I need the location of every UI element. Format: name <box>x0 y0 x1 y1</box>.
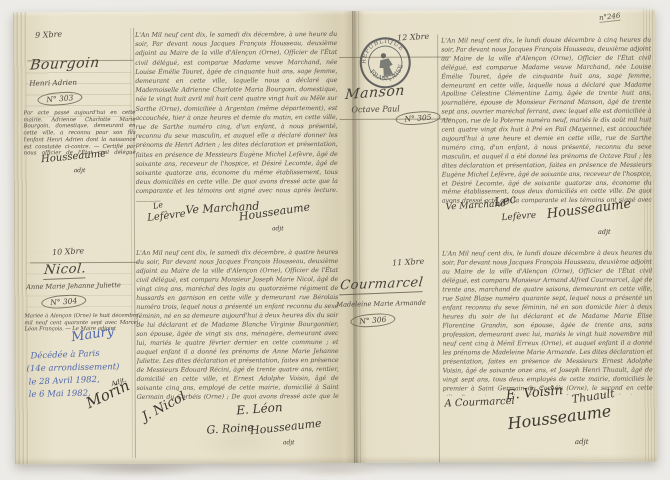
record-304-death-note-line4: le 6 Mai 1982. <box>29 389 91 400</box>
record-303-signature-title: adjt <box>272 225 284 232</box>
record-303-act-number: N° 303 <box>37 91 83 107</box>
record-303-margin-note-signature-title: adjt <box>74 167 86 174</box>
record-304-signature-leon: E. Léon <box>236 400 283 417</box>
record-304-death-note-line1: Décédée à Paris <box>30 349 100 362</box>
record-305-given-names: Octave Paul <box>351 104 400 114</box>
stamp-marianne-figure-icon <box>378 58 395 77</box>
record-304-surname: Nicol. <box>43 261 87 280</box>
right-page: n°246 12 Xbre RÉPUBLIQUE FRANÇAISE Manso… <box>13 10 655 13</box>
scanned-register-photo: { "colors": { "background": "#edebe7", "… <box>0 0 670 480</box>
record-306-signature-housseaume: Housseaume <box>506 401 612 433</box>
record-304-death-note-line2: (14e arrondissement) <box>26 362 119 374</box>
record-306-signature-courmarcel: A Courmarcel <box>444 396 515 410</box>
record-306-given-names: Madeleine Marie Armande <box>336 299 426 309</box>
register-book: 9 Xbre Bourgoin Henri Adrien N° 303 Par … <box>13 10 657 465</box>
record-306-body: L'An Mil neuf cent dix, le lundi douze d… <box>442 249 653 396</box>
record-305-surname: Manson <box>345 83 406 103</box>
record-304-body: L'An Mil neuf cent dix, le samedi dix dé… <box>136 248 339 401</box>
background-smudge <box>290 464 380 478</box>
record-304-margin-date: 10 Xbre <box>52 246 85 257</box>
corner-folio-mark: n°246 <box>599 12 621 23</box>
record-303-margin-date: 9 Xbre <box>35 29 62 40</box>
right-margin-rule <box>437 35 440 463</box>
record-306-surname: Courmarcel <box>339 275 424 295</box>
record-305-body: L'An Mil neuf cent dix, le lundi douze d… <box>441 37 652 208</box>
record-304-act-number: N° 304 <box>41 294 87 310</box>
page-edge-stack-left <box>13 12 29 464</box>
record-303-body: L'An Mil neuf cent dix, le samedi dix dé… <box>135 30 338 215</box>
record-305-act-number: N° 305 <box>395 110 441 126</box>
stamp-marianne-figure-icon <box>380 53 386 59</box>
record-304-signature-title: adjt <box>283 439 295 446</box>
record-305-signature-title: adjt <box>598 228 611 236</box>
record-304-death-note-line3: le 28 Avril 1982, <box>28 375 99 388</box>
record-304-given-names: Anne Marie Jehanne Juliette <box>26 281 121 291</box>
record-303-signature-lecomte: Le <box>152 200 163 211</box>
record-305-signature-lefevre: Lefèvre <box>501 211 536 224</box>
record-303-surname: Bourgoin <box>29 55 100 74</box>
record-303-given-names: Henri Adrien <box>29 78 77 88</box>
record-306-signature-title: adjt <box>575 438 589 446</box>
left-page: 9 Xbre Bourgoin Henri Adrien N° 303 Par … <box>13 10 655 13</box>
record-306-margin-date: 11 Xbre <box>392 257 425 268</box>
record-304-signature-roine: G. Roine <box>206 421 254 437</box>
record-303-margin-note: Par acte passé aujourd'hui en cette mair… <box>23 110 135 156</box>
record-304-signature-housseaume: Housseaume <box>249 417 322 438</box>
